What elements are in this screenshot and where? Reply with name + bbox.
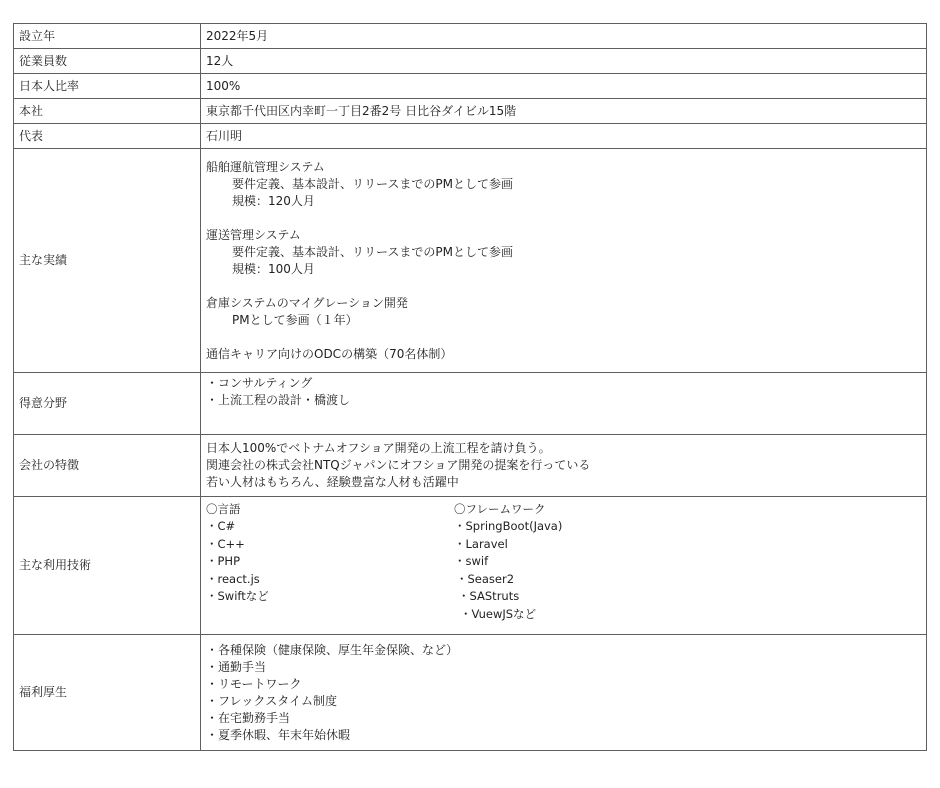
spacer — [206, 329, 921, 346]
feature-line: 日本人100%でベトナムオフショア開発の上流工程を請け負う。 — [206, 440, 921, 457]
welfare-item: ・フレックスタイム制度 — [206, 693, 921, 710]
specialty-item: ・コンサルティング — [206, 375, 921, 392]
label-japanese-ratio: 日本人比率 — [14, 74, 201, 99]
row-employees: 従業員数 12人 — [14, 49, 927, 74]
value-employees: 12人 — [201, 49, 927, 74]
row-japanese-ratio: 日本人比率 100% — [14, 74, 927, 99]
languages-heading: 〇言語 — [206, 501, 269, 519]
framework-item: ・Seaser2 — [454, 571, 562, 589]
language-item: ・react.js — [206, 571, 269, 589]
label-representative: 代表 — [14, 124, 201, 149]
label-employees: 従業員数 — [14, 49, 201, 74]
row-technologies: 主な利用技術 〇言語 ・C# ・C++ ・PHP ・react.js ・Swif… — [14, 497, 927, 635]
project-title: 運送管理システム — [206, 227, 921, 244]
spacer — [206, 210, 921, 227]
specialty-item: ・上流工程の設計・橋渡し — [206, 392, 921, 409]
framework-item: ・VuewJSなど — [454, 606, 562, 624]
value-headquarters: 東京都千代田区内幸町一丁目2番2号 日比谷ダイビル15階 — [201, 99, 927, 124]
project-detail: PMとして参画（１年） — [206, 312, 921, 329]
welfare-item: ・各種保険（健康保険、厚生年金保険、など） — [206, 642, 921, 659]
language-item: ・C# — [206, 518, 269, 536]
project-item: 通信キャリア向けのODCの構築（70名体制） — [206, 346, 921, 363]
company-info-table: 設立年 2022年5月 従業員数 12人 日本人比率 100% 本社 東京都千代… — [13, 23, 927, 751]
framework-item: ・Laravel — [454, 536, 562, 554]
label-headquarters: 本社 — [14, 99, 201, 124]
value-japanese-ratio: 100% — [201, 74, 927, 99]
project-detail: 要件定義、基本設計、リリースまでのPMとして参画 — [206, 244, 921, 261]
label-achievements: 主な実績 — [14, 149, 201, 373]
label-specialty: 得意分野 — [14, 373, 201, 435]
framework-item: ・SpringBoot(Java) — [454, 518, 562, 536]
feature-line: 関連会社の株式会社NTQジャパンにオフショア開発の提案を行っている — [206, 457, 921, 474]
value-features: 日本人100%でベトナムオフショア開発の上流工程を請け負う。 関連会社の株式会社… — [201, 435, 927, 497]
value-representative: 石川明 — [201, 124, 927, 149]
row-achievements: 主な実績 船舶運航管理システム 要件定義、基本設計、リリースまでのPMとして参画… — [14, 149, 927, 373]
spacer — [206, 278, 921, 295]
frameworks-column: 〇フレームワーク ・SpringBoot(Java) ・Laravel ・swi… — [454, 501, 562, 624]
welfare-item: ・夏季休暇、年末年始休暇 — [206, 727, 921, 744]
value-specialty: ・コンサルティング ・上流工程の設計・橋渡し — [201, 373, 927, 435]
value-achievements: 船舶運航管理システム 要件定義、基本設計、リリースまでのPMとして参画 規模：1… — [201, 149, 927, 373]
project-detail: 規模：100人月 — [206, 261, 921, 278]
value-founded: 2022年5月 — [201, 24, 927, 49]
welfare-item: ・リモートワーク — [206, 676, 921, 693]
feature-line: 若い人材はもちろん、経験豊富な人材も活躍中 — [206, 474, 921, 491]
language-item: ・C++ — [206, 536, 269, 554]
project-item: 運送管理システム 要件定義、基本設計、リリースまでのPMとして参画 規模：100… — [206, 227, 921, 278]
welfare-item: ・在宅勤務手当 — [206, 710, 921, 727]
label-founded: 設立年 — [14, 24, 201, 49]
label-welfare: 福利厚生 — [14, 635, 201, 751]
project-title: 船舶運航管理システム — [206, 159, 921, 176]
project-detail: 規模：120人月 — [206, 193, 921, 210]
row-founded: 設立年 2022年5月 — [14, 24, 927, 49]
label-technologies: 主な利用技術 — [14, 497, 201, 635]
framework-item: ・SAStruts — [454, 588, 562, 606]
welfare-item: ・通勤手当 — [206, 659, 921, 676]
row-features: 会社の特徴 日本人100%でベトナムオフショア開発の上流工程を請け負う。 関連会… — [14, 435, 927, 497]
row-representative: 代表 石川明 — [14, 124, 927, 149]
row-headquarters: 本社 東京都千代田区内幸町一丁目2番2号 日比谷ダイビル15階 — [14, 99, 927, 124]
framework-item: ・swif — [454, 553, 562, 571]
value-welfare: ・各種保険（健康保険、厚生年金保険、など） ・通勤手当 ・リモートワーク ・フレ… — [201, 635, 927, 751]
row-specialty: 得意分野 ・コンサルティング ・上流工程の設計・橋渡し — [14, 373, 927, 435]
language-item: ・Swiftなど — [206, 588, 269, 606]
frameworks-heading: 〇フレームワーク — [454, 501, 562, 519]
tech-columns: 〇言語 ・C# ・C++ ・PHP ・react.js ・Swiftなど 〇フレ… — [206, 501, 921, 631]
value-technologies: 〇言語 ・C# ・C++ ・PHP ・react.js ・Swiftなど 〇フレ… — [201, 497, 927, 635]
language-item: ・PHP — [206, 553, 269, 571]
row-welfare: 福利厚生 ・各種保険（健康保険、厚生年金保険、など） ・通勤手当 ・リモートワー… — [14, 635, 927, 751]
project-title: 通信キャリア向けのODCの構築（70名体制） — [206, 346, 921, 363]
project-detail: 要件定義、基本設計、リリースまでのPMとして参画 — [206, 176, 921, 193]
label-features: 会社の特徴 — [14, 435, 201, 497]
languages-column: 〇言語 ・C# ・C++ ・PHP ・react.js ・Swiftなど — [206, 501, 269, 606]
project-item: 倉庫システムのマイグレーション開発 PMとして参画（１年） — [206, 295, 921, 329]
project-title: 倉庫システムのマイグレーション開発 — [206, 295, 921, 312]
project-item: 船舶運航管理システム 要件定義、基本設計、リリースまでのPMとして参画 規模：1… — [206, 159, 921, 210]
